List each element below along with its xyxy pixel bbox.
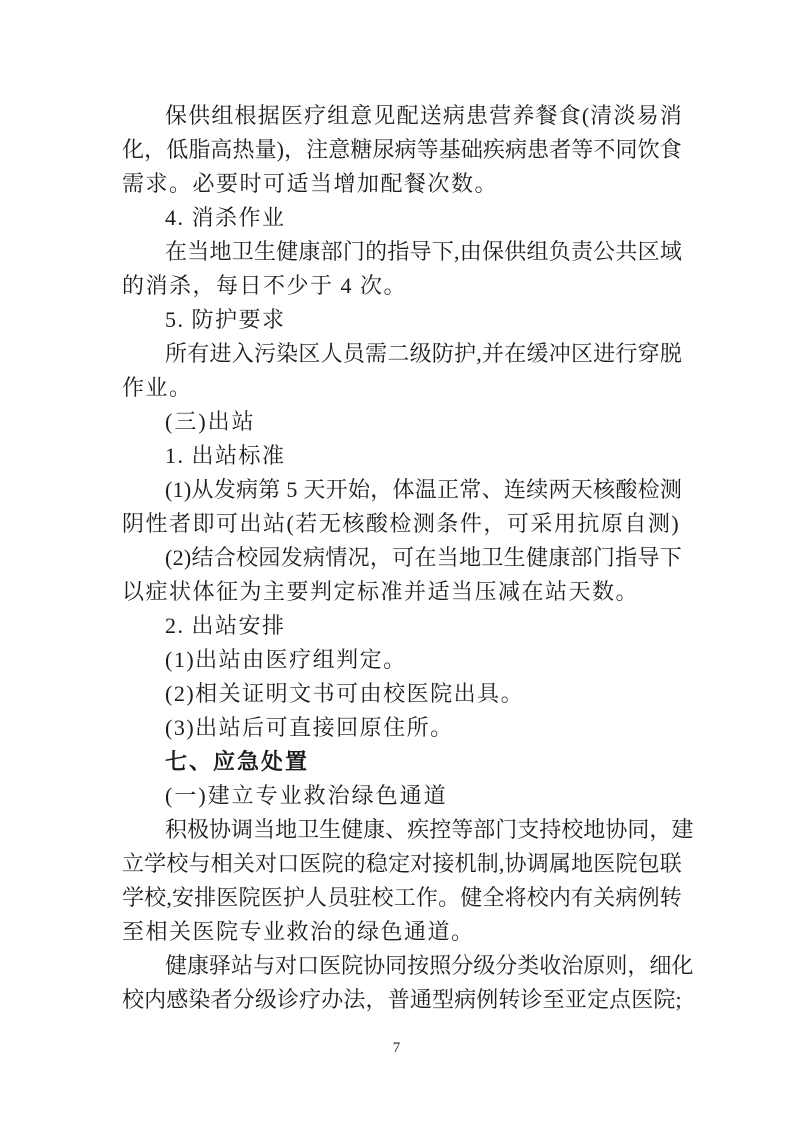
text-line: (2)结合校园发病情况，可在当地卫生健康部门指导下 (122, 541, 682, 575)
text-line: 在当地卫生健康部门的指导下,由保供组负责公共区域 (122, 235, 682, 269)
text-line: (三)出站 (122, 405, 682, 439)
document-page: 保供组根据医疗组意见配送病患营养餐食(清淡易消化，低脂高热量)，注意糖尿病等基础… (0, 0, 793, 1122)
page-number: 7 (0, 1038, 793, 1058)
text-line: 学校,安排医院医护人员驻校工作。健全将校内有关病例转 (122, 881, 682, 915)
text-line: 保供组根据医疗组意见配送病患营养餐食(清淡易消 (122, 99, 682, 133)
text-line: 化，低脂高热量)，注意糖尿病等基础疾病患者等不同饮食 (122, 133, 682, 167)
text-line: 需求。必要时可适当增加配餐次数。 (122, 167, 682, 201)
text-line: 至相关医院专业救治的绿色通道。 (122, 915, 682, 949)
text-line: (一)建立专业救治绿色通道 (122, 779, 682, 813)
text-line: 七、应急处置 (122, 745, 682, 779)
text-line: 校内感染者分级诊疗办法，普通型病例转诊至亚定点医院; (122, 983, 682, 1017)
text-line: (3)出站后可直接回原住所。 (122, 711, 682, 745)
text-line: 2. 出站安排 (122, 609, 682, 643)
text-line: 以症状体征为主要判定标准并适当压减在站天数。 (122, 575, 682, 609)
text-lines: 保供组根据医疗组意见配送病患营养餐食(清淡易消化，低脂高热量)，注意糖尿病等基础… (122, 99, 682, 1017)
text-line: 立学校与相关对口医院的稳定对接机制,协调属地医院包联 (122, 847, 682, 881)
text-line: (1)从发病第 5 天开始，体温正常、连续两天核酸检测 (122, 473, 682, 507)
text-line: 4. 消杀作业 (122, 201, 682, 235)
text-line: 阴性者即可出站(若无核酸检测条件，可采用抗原自测) (122, 507, 682, 541)
text-line: 1. 出站标准 (122, 439, 682, 473)
text-line: (1)出站由医疗组判定。 (122, 643, 682, 677)
text-line: (2)相关证明文书可由校医院出具。 (122, 677, 682, 711)
text-line: 的消杀，每日不少于 4 次。 (122, 269, 682, 303)
text-line: 健康驿站与对口医院协同按照分级分类收治原则，细化 (122, 949, 682, 983)
text-line: 所有进入污染区人员需二级防护,并在缓冲区进行穿脱 (122, 337, 682, 371)
text-line: 5. 防护要求 (122, 303, 682, 337)
text-line: 作业。 (122, 371, 682, 405)
text-line: 积极协调当地卫生健康、疾控等部门支持校地协同，建 (122, 813, 682, 847)
